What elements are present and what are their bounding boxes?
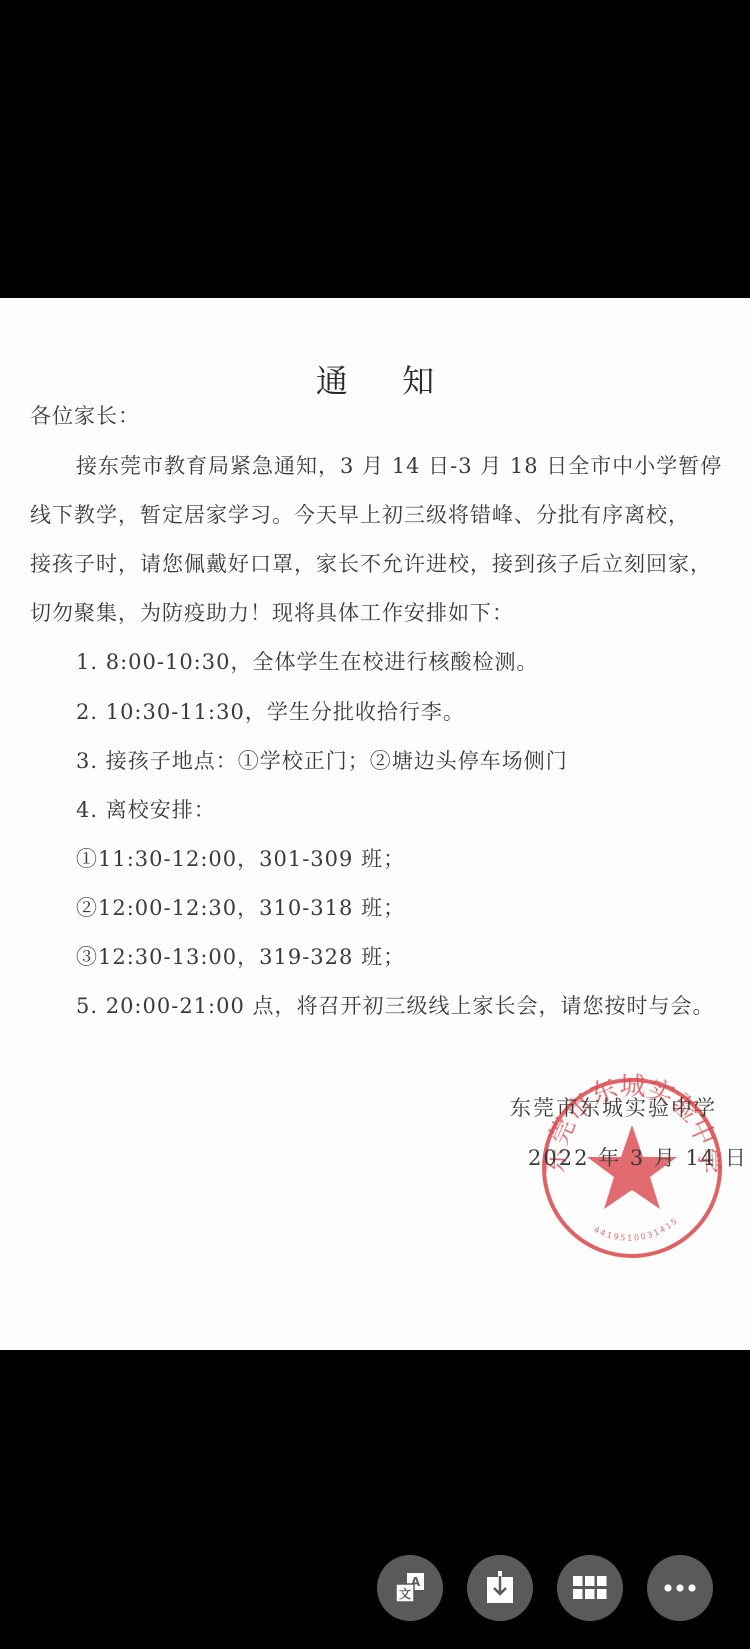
translate-icon: A 文 (392, 1570, 428, 1606)
download-icon (484, 1570, 516, 1606)
schedule-1: ①11:30-12:00，301-309 班； (76, 843, 405, 873)
more-button[interactable] (647, 1555, 713, 1621)
item-1: 1. 8:00-10:30，全体学生在校进行核酸检测。 (76, 646, 538, 676)
item-5: 5. 20:00-21:00 点，将召开初三级线上家长会，请您按时与会。 (76, 990, 715, 1020)
paragraph-line-2: 线下教学，暂定居家学习。今天早上初三级将错峰、分批有序离校， (30, 499, 690, 529)
svg-text:文: 文 (399, 1586, 411, 1601)
more-icon (664, 1583, 696, 1593)
paragraph-line-1: 接东莞市教育局紧急通知，3 月 14 日-3 月 18 日全市中小学暂停 (76, 450, 722, 480)
grid-button[interactable] (557, 1555, 623, 1621)
grid-icon (573, 1576, 607, 1600)
notice-document: 通 知 各位家长： 接东莞市教育局紧急通知，3 月 14 日-3 月 18 日全… (0, 298, 750, 1350)
download-button[interactable] (467, 1555, 533, 1621)
translate-button[interactable]: A 文 (377, 1555, 443, 1621)
schedule-2: ②12:00-12:30，310-318 班； (76, 892, 405, 922)
item-3: 3. 接孩子地点：①学校正门；②塘边头停车场侧门 (76, 745, 568, 775)
paragraph-line-3: 接孩子时，请您佩戴好口罩，家长不允许进校，接到孩子后立刻回家， (30, 548, 712, 578)
paragraph-line-4: 切勿聚集，为防疫助力！现将具体工作安排如下： (30, 597, 514, 627)
item-2: 2. 10:30-11:30，学生分批收拾行李。 (76, 696, 465, 726)
svg-text:4419510031415: 4419510031415 (592, 1216, 680, 1243)
salutation: 各位家长： (30, 400, 140, 430)
signature-organization: 东莞市东城实验中学 (510, 1092, 717, 1122)
schedule-3: ③12:30-13:00，319-328 班； (76, 941, 405, 971)
signature-date: 2022 年 3 月 14 日 (528, 1142, 748, 1172)
item-4: 4. 离校安排： (76, 794, 216, 824)
notice-title: 通 知 (0, 356, 750, 402)
